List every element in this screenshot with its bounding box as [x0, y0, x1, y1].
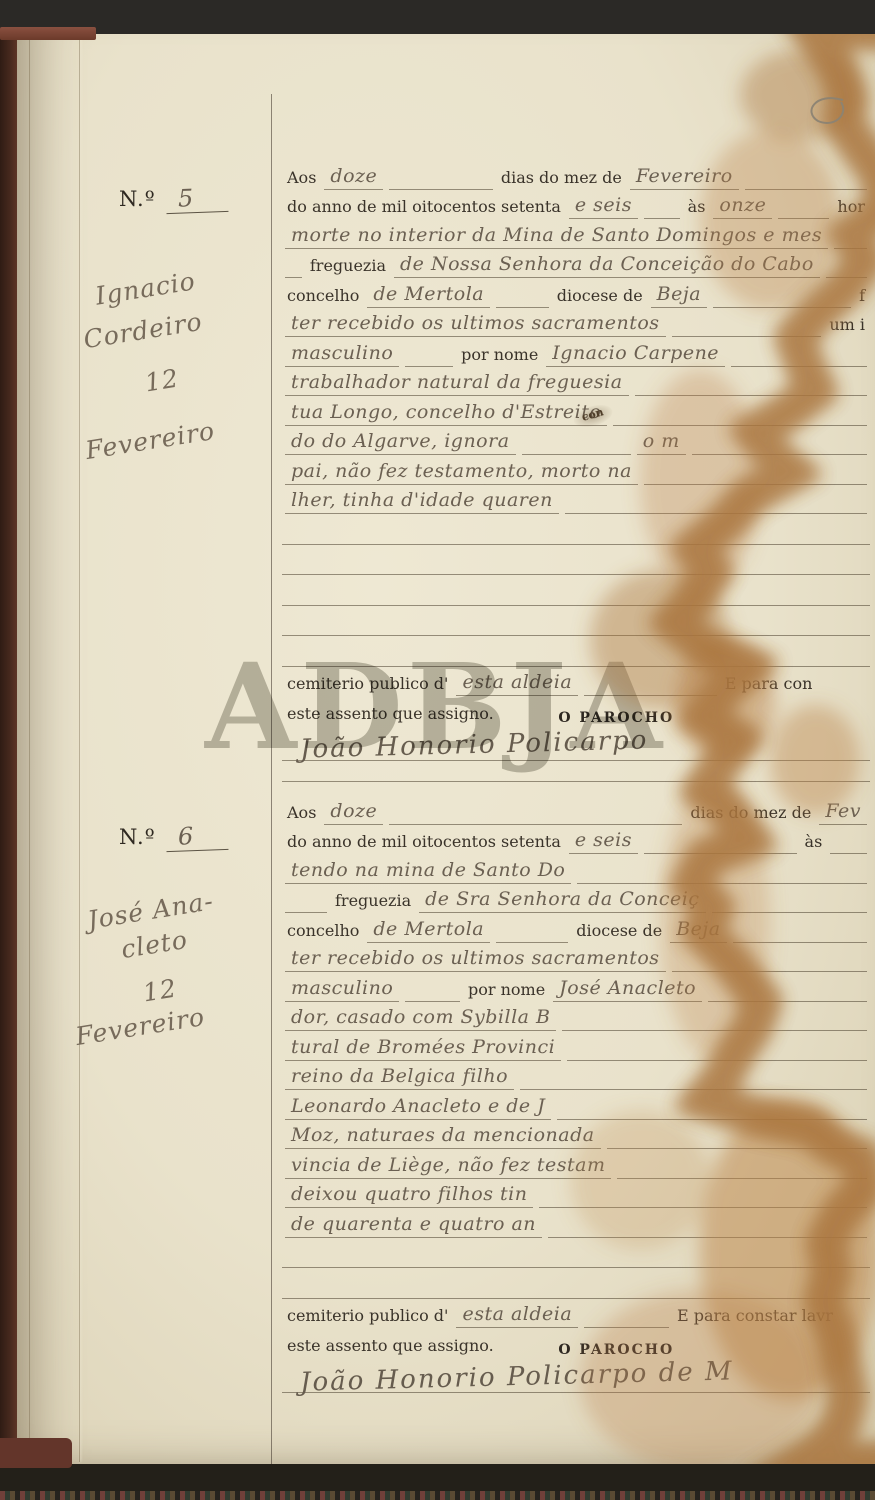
margin-month: Fevereiro [84, 416, 217, 465]
record-line: Leonardo Anacleto e de J [282, 1090, 870, 1120]
burial-record-6: Aosdozedias do mez deFevdo anno de mil o… [282, 795, 870, 1393]
handwritten-entry: morte no interior da Mina de Santo Domin… [285, 224, 828, 249]
printed-form-text: por nome [468, 980, 545, 1002]
printed-form-text: este assento que assigno. [287, 1336, 494, 1358]
blank-rule [745, 171, 867, 190]
record-line: Moz, naturaes da mencionada [282, 1120, 870, 1150]
printed-form-text: cemiterio publico d' [287, 674, 448, 696]
handwritten-entry: e seis [569, 829, 638, 854]
handwritten-entry: onze [713, 194, 772, 219]
handwritten-entry: Fev [819, 800, 867, 825]
printed-form-text: freguezia [310, 256, 386, 278]
margin-deceased-name: Ignacio [93, 266, 197, 310]
margin-deceased-name: cleto [119, 925, 190, 964]
record-number-label: N.º [119, 187, 156, 211]
priest-signature: João Honorio Policarpo de M [300, 1356, 734, 1397]
record-line: vincia de Liège, não fez testam [282, 1149, 870, 1179]
handwritten-entry: Moz, naturaes da mencionada [285, 1124, 601, 1149]
blank-rule [577, 865, 867, 884]
record-line: fregueziade Sra Senhora da Conceiç [282, 884, 870, 914]
record-line: Aosdozedias do mez deFev [282, 795, 870, 825]
margin-column-rule [271, 94, 272, 1490]
blank-rule [672, 318, 822, 337]
attestation-line: este assento que assigno.O PAROCHO [282, 696, 870, 726]
handwritten-entry: tural de Bromées Provinci [285, 1036, 561, 1061]
record-line: ter recebido os ultimos sacramentos [282, 943, 870, 973]
printed-form-text: f [859, 286, 865, 308]
printed-form-text: Aos [287, 803, 316, 825]
priest-title: O PAROCHO [558, 1342, 674, 1358]
record-line: deixou quatro filhos tin [282, 1179, 870, 1209]
printed-form-text: cemiterio publico d' [287, 1306, 448, 1328]
record-line: pai, não fez testamento, morto na [282, 455, 870, 485]
blank-rule [617, 1160, 867, 1179]
handwritten-entry: esta aldeia [456, 1303, 578, 1328]
handwritten-entry: Fevereiro [630, 165, 739, 190]
blank-rule [285, 259, 302, 278]
blank-rule [692, 436, 867, 455]
record-line: concelhode Mertoladiocese deBeja [282, 913, 870, 943]
register-page: N.º5 Ignacio Cordeiro 12 Fevereiro N.º6 … [17, 34, 875, 1464]
record-line: ter recebido os ultimos sacramentosum i [282, 308, 870, 338]
record-line: cemiterio publico d'esta aldeiaE para co… [282, 667, 870, 697]
blank-rule [733, 924, 867, 943]
blank-rule [584, 1309, 669, 1328]
blank-rule [613, 407, 867, 426]
page-edge-crease [29, 38, 30, 1462]
priest-signature-line: João Honorio Policarpo [282, 726, 870, 761]
document-scan: N.º5 Ignacio Cordeiro 12 Fevereiro N.º6 … [0, 0, 875, 1500]
blank-rule-line [282, 575, 870, 606]
handwritten-entry: ter recebido os ultimos sacramentos [285, 947, 666, 972]
record-line: do anno de mil oitocentos setentae seisà… [282, 190, 870, 220]
blank-rule [644, 466, 867, 485]
page-gutter-crease [79, 38, 80, 1462]
blank-rule [644, 835, 797, 854]
record-line: tural de Bromées Provinci [282, 1031, 870, 1061]
record-line: do anno de mil oitocentos setentae seisà… [282, 825, 870, 855]
blank-rule-line [282, 514, 870, 545]
record-number-value: 5 [165, 183, 228, 214]
background-top-band [0, 0, 875, 34]
handwritten-entry: de quarenta e quatro an [285, 1213, 542, 1238]
book-spine [0, 28, 17, 1468]
priest-title: O PAROCHO [558, 710, 674, 726]
blank-rule [522, 436, 631, 455]
blank-rule [584, 677, 717, 696]
record-line: concelhode Mertoladiocese deBejaf [282, 278, 870, 308]
printed-form-text: freguezia [335, 891, 411, 913]
printed-form-text: um i [829, 315, 865, 337]
handwritten-entry: de Mertola [367, 918, 490, 943]
margin-day: 12 [143, 364, 181, 398]
blank-rule-line [282, 1238, 870, 1269]
blank-rule-line [282, 636, 870, 667]
record-line: tendo na mina de Santo Do [282, 854, 870, 884]
printed-form-text: Aos [287, 168, 316, 190]
handwritten-entry: masculino [285, 342, 399, 367]
blank-rule [826, 259, 867, 278]
handwritten-entry: deixou quatro filhos tin [285, 1183, 533, 1208]
handwritten-entry: de Mertola [367, 283, 490, 308]
margin-deceased-name: José Ana- [86, 886, 216, 935]
blank-rule [565, 495, 867, 514]
printed-form-text: do anno de mil oitocentos setenta [287, 197, 561, 219]
handwritten-entry: pai, não fez testamento, morto na [285, 460, 638, 485]
printed-form-text: diocese de [557, 286, 643, 308]
printed-form-text: concelho [287, 286, 359, 308]
attestation-line: este assento que assigno.O PAROCHO [282, 1328, 870, 1358]
blank-rule [834, 230, 867, 249]
blank-rule-line [282, 545, 870, 576]
blank-rule [405, 348, 453, 367]
handwritten-entry: do do Algarve, ignora [285, 430, 516, 455]
record-number-label: N.º [119, 825, 156, 849]
handwritten-entry: o m [637, 430, 686, 455]
blank-rule [778, 200, 829, 219]
handwritten-entry: dor, casado com Sybilla B [285, 1006, 556, 1031]
blank-rule [548, 1219, 867, 1238]
blank-rule [635, 377, 867, 396]
blank-rule [520, 1071, 867, 1090]
blank-rule-line [282, 1268, 870, 1299]
printed-form-text: concelho [287, 921, 359, 943]
blank-rule [672, 953, 867, 972]
handwritten-entry: masculino [285, 977, 399, 1002]
blank-rule [708, 983, 867, 1002]
handwritten-entry: trabalhador natural da freguesia [285, 371, 629, 396]
blank-rule [389, 171, 493, 190]
blank-rule [712, 894, 867, 913]
record-lines: Aosdozedias do mez deFevdo anno de mil o… [282, 795, 870, 1393]
handwritten-entry: esta aldeia [456, 671, 578, 696]
priest-signature-line: João Honorio Policarpo de M [282, 1358, 870, 1393]
blank-rule [644, 200, 680, 219]
handwritten-entry: Beja [670, 918, 726, 943]
handwritten-entry: ter recebido os ultimos sacramentos [285, 312, 666, 337]
printed-form-text: às [805, 832, 823, 854]
printed-form-text: por nome [461, 345, 538, 367]
handwritten-entry: reino da Belgica filho [285, 1065, 514, 1090]
blank-rule [389, 806, 682, 825]
printed-form-text: dias do mez de [501, 168, 622, 190]
burial-record-5: Aosdozedias do mez deFevereirodo anno de… [282, 160, 870, 782]
record-line: reino da Belgica filho [282, 1061, 870, 1091]
record-line: masculinopor nomeJosé Anacleto [282, 972, 870, 1002]
blank-rule [562, 1012, 867, 1031]
blank-rule [607, 1130, 867, 1149]
record-line: cemiterio publico d'esta aldeiaE para co… [282, 1299, 870, 1329]
spine-headband [0, 27, 96, 40]
printed-form-text: este assento que assigno. [287, 704, 494, 726]
blank-rule [557, 1101, 867, 1120]
record-line: do do Algarve, ignorao m [282, 426, 870, 456]
record-line: trabalhador natural da freguesia [282, 367, 870, 397]
printed-form-text: diocese de [576, 921, 662, 943]
record-number-line: N.º5 [119, 184, 228, 213]
spine-foot [0, 1438, 72, 1468]
blank-rule [496, 924, 568, 943]
record-number-value: 6 [165, 821, 228, 852]
handwritten-entry: e seis [569, 194, 638, 219]
handwritten-entry: lher, tinha d'idade quaren [285, 489, 559, 514]
handwritten-entry: tendo na mina de Santo Do [285, 859, 571, 884]
blank-rule [830, 835, 867, 854]
blank-rule-line [282, 606, 870, 637]
blank-rule [567, 1042, 867, 1061]
blank-rule [285, 894, 327, 913]
handwritten-entry: vincia de Liège, não fez testam [285, 1154, 611, 1179]
record-line: fregueziade Nossa Senhora da Conceição d… [282, 249, 870, 279]
blank-rule [539, 1189, 867, 1208]
handwritten-entry: de Sra Senhora da Conceiç [419, 888, 705, 913]
handwritten-entry: José Anacleto [553, 977, 702, 1002]
margin-month: Fevereiro [74, 1002, 207, 1051]
margin-deceased-name: Cordeiro [81, 307, 204, 354]
record-lines: Aosdozedias do mez deFevereirodo anno de… [282, 160, 870, 782]
printed-form-text: E para constar lavr [677, 1306, 833, 1328]
printed-form-text: do anno de mil oitocentos setenta [287, 832, 561, 854]
blank-rule-line [282, 761, 870, 782]
record-line: morte no interior da Mina de Santo Domin… [282, 219, 870, 249]
record-line: lher, tinha d'idade quaren [282, 485, 870, 515]
handwritten-entry: Leonardo Anacleto e de J [285, 1095, 551, 1120]
handwritten-entry: doze [324, 800, 383, 825]
printed-form-text: às [688, 197, 706, 219]
color-calibration-strip [0, 1491, 875, 1500]
priest-signature: João Honorio Policarpo [300, 725, 649, 764]
record-line: Aosdozedias do mez deFevereiro [282, 160, 870, 190]
record-line: dor, casado com Sybilla B [282, 1002, 870, 1032]
record-line: masculinopor nomeIgnacio Carpene [282, 337, 870, 367]
blank-rule [405, 983, 460, 1002]
printed-form-text: dias do mez de [690, 803, 811, 825]
blank-rule [731, 348, 867, 367]
blank-rule [713, 289, 851, 308]
handwritten-entry: tua Longo, concelho d'Estreito [285, 401, 607, 426]
record-line: de quarenta e quatro an [282, 1208, 870, 1238]
handwritten-entry: Ignacio Carpene [546, 342, 725, 367]
printed-form-text: E para con [725, 674, 813, 696]
margin-day: 12 [141, 974, 179, 1008]
handwritten-entry: Beja [651, 283, 707, 308]
handwritten-entry: de Nossa Senhora da Conceição do Cabo [394, 253, 820, 278]
printed-form-text: hor [837, 197, 865, 219]
blank-rule [496, 289, 549, 308]
record-number-line: N.º6 [119, 822, 228, 851]
handwritten-entry: doze [324, 165, 383, 190]
